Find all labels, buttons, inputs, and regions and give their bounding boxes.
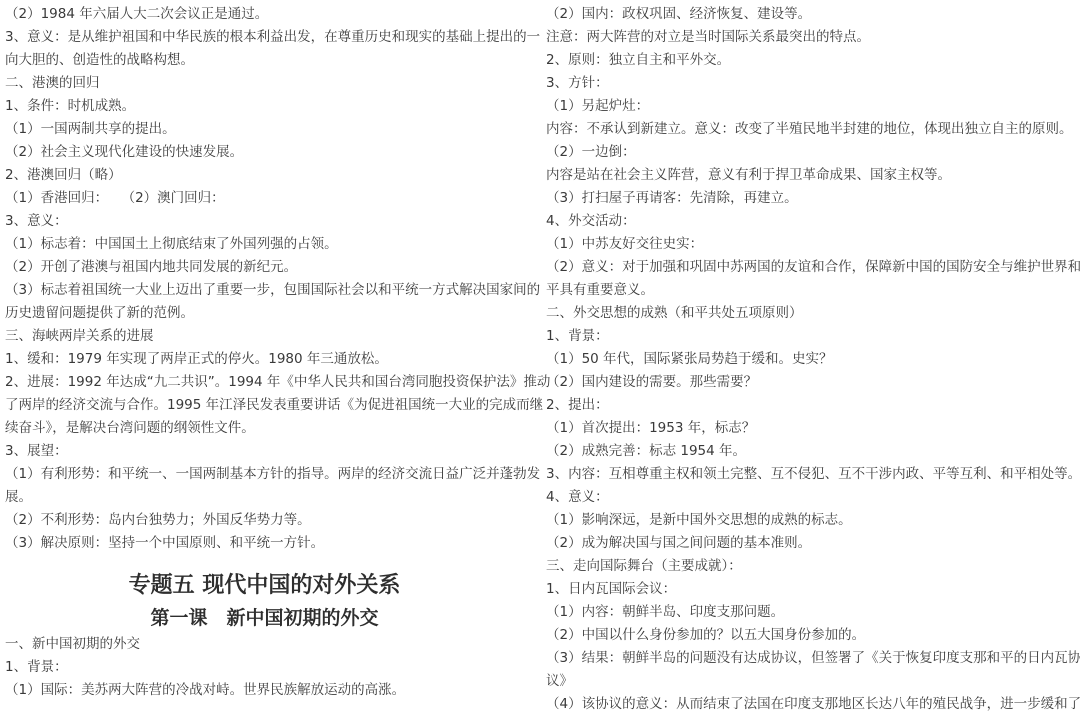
text-line: （4）该协议的意义：从而结束了法国在印度支那地区长达八年的殖民战争，进一步缓和了 [546,693,1074,714]
text-line: （2）社会主义现代化建设的快速发展。 [5,141,524,164]
text-line: （2）不利形势：岛内台独势力；外国反华势力等。 [5,509,524,532]
text-line: 向大胆的、创造性的战略构想。 [5,49,524,72]
text-line: 1、背景： [546,325,1074,348]
text-line: （2）意义：对于加强和巩固中苏两国的友谊和合作，保障新中国的国防安全与维护世界和 [546,256,1074,279]
text-line: （1）有利形势：和平统一、一国两制基本方针的指导。两岸的经济交流日益广泛并蓬勃发 [5,463,524,486]
text-line: （3）标志着祖国统一大业上迈出了重要一步，包围国际社会以和平统一方式解决国家间的 [5,279,524,302]
text-line: 2、提出： [546,394,1074,417]
text-line: 议》 [546,670,1074,693]
text-line: 3、展望： [5,440,524,463]
text-line: （2）1984 年六届人大二次会议正是通过。 [5,3,524,26]
text-line: 1、缓和：1979 年实现了两岸正式的停火。1980 年三通放松。 [5,348,524,371]
text-line: 平具有重要意义。 [546,279,1074,302]
text-line: （1）内容：朝鲜半岛、印度支那问题。 [546,601,1074,624]
text-line: （1）香港回归： （2）澳门回归： [5,187,524,210]
text-line: （1）首次提出：1953 年，标志？ [546,417,1074,440]
text-line: （3）结果：朝鲜半岛的问题没有达成协议，但签署了《关于恢复印度支那和平的日内瓦协 [546,647,1074,670]
text-line: 3、意义： [5,210,524,233]
text-line: 2、港澳回归（略） [5,164,524,187]
text-line: 3、方针： [546,72,1074,95]
text-line: （3）解决原则：坚持一个中国原则、和平统一方针。 [5,532,524,555]
text-line: 了两岸的经济交流与合作。1995 年江泽民发表重要讲话《为促进祖国统一大业的完成… [5,394,524,417]
text-line: 一、新中国初期的外交 [5,633,524,656]
text-line: 续奋斗》，是解决台湾问题的纲领性文件。 [5,417,524,440]
lesson-title: 第一课 新中国初期的外交 [5,603,524,633]
text-line: （3）打扫屋子再请客：先清除，再建立。 [546,187,1074,210]
text-line: 3、意义：是从维护祖国和中华民族的根本利益出发，在尊重历史和现实的基础上提出的一 [5,26,524,49]
text-line: 三、走向国际舞台（主要成就）： [546,555,1074,578]
text-line: 二、港澳的回归 [5,72,524,95]
text-line: （1）另起炉灶： [546,95,1074,118]
text-line: （2）国内：政权巩固、经济恢复、建设等。 [546,3,1074,26]
document-page: （2）1984 年六届人大二次会议正是通过。3、意义：是从维护祖国和中华民族的根… [0,0,1080,714]
text-line: 三、海峡两岸关系的进展 [5,325,524,348]
text-line: （2）国内建设的需要。那些需要？ [546,371,1074,394]
text-line: 展。 [5,486,524,509]
text-line: 历史遗留问题提供了新的范例。 [5,302,524,325]
text-line: 注意：两大阵营的对立是当时国际关系最突出的特点。 [546,26,1074,49]
text-line: 1、条件：时机成熟。 [5,95,524,118]
text-line: （1）标志着：中国国土上彻底结束了外国列强的占领。 [5,233,524,256]
text-line: （1）一国两制共享的提出。 [5,118,524,141]
text-line: 二、外交思想的成熟（和平共处五项原则） [546,302,1074,325]
text-line: 内容是站在社会主义阵营，意义有利于捍卫革命成果、国家主权等。 [546,164,1074,187]
text-line: （1）中苏友好交往史实： [546,233,1074,256]
text-line: （1）50 年代，国际紧张局势趋于缓和。史实？ [546,348,1074,371]
text-line: 4、外交活动： [546,210,1074,233]
text-line: （1）影响深远，是新中国外交思想的成熟的标志。 [546,509,1074,532]
text-line: 1、背景： [5,656,524,679]
text-line: 4、意义： [546,486,1074,509]
topic-title: 专题五 现代中国的对外关系 [5,569,524,603]
text-line: （2）一边倒： [546,141,1074,164]
text-line: （2）开创了港澳与祖国内地共同发展的新纪元。 [5,256,524,279]
text-line: 3、内容：互相尊重主权和领土完整、互不侵犯、互不干涉内政、平等互利、和平相处等。 [546,463,1074,486]
text-line: 1、日内瓦国际会议： [546,578,1074,601]
text-line: 2、进展：1992 年达成“九二共识”。1994 年《中华人民共和国台湾同胞投资… [5,371,524,394]
left-column: （2）1984 年六届人大二次会议正是通过。3、意义：是从维护祖国和中华民族的根… [0,0,540,714]
text-line: （2）成熟完善：标志 1954 年。 [546,440,1074,463]
text-line: （2）中国以什么身份参加的？以五大国身份参加的。 [546,624,1074,647]
text-line: 内容：不承认到新建立。意义：改变了半殖民地半封建的地位，体现出独立自主的原则。 [546,118,1074,141]
text-line: 2、原则：独立自主和平外交。 [546,49,1074,72]
text-line: （2）成为解决国与国之间问题的基本准则。 [546,532,1074,555]
right-column: （2）国内：政权巩固、经济恢复、建设等。注意：两大阵营的对立是当时国际关系最突出… [540,0,1080,714]
text-line: （1）国际：美苏两大阵营的冷战对峙。世界民族解放运动的高涨。 [5,679,524,702]
